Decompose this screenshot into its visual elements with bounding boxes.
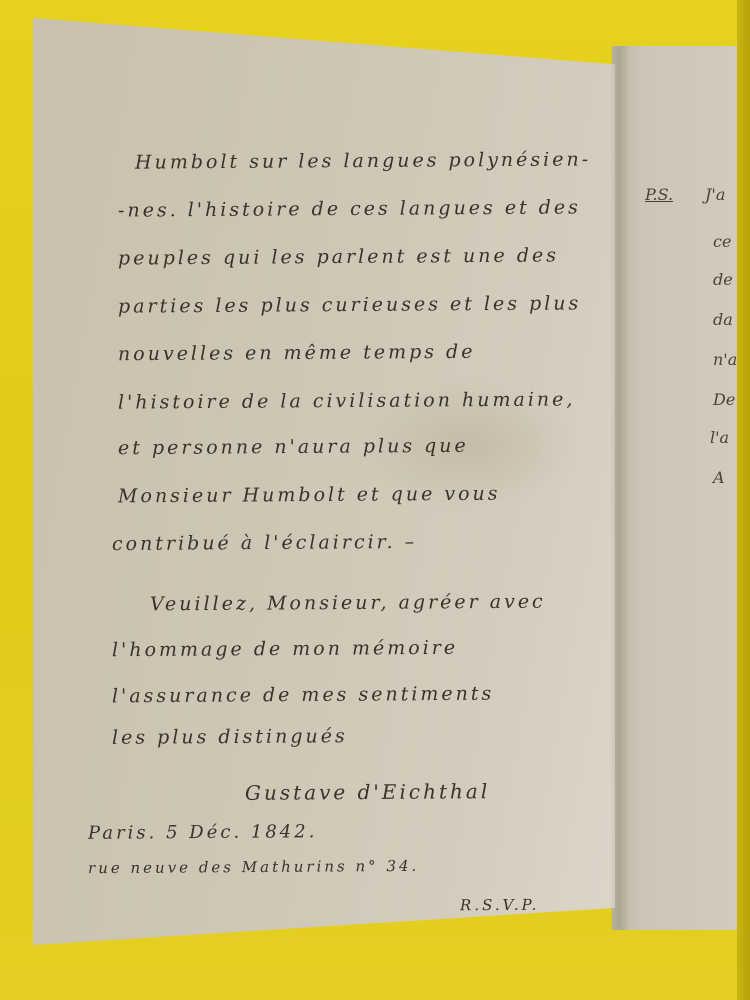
ps-fragment: de <box>713 270 733 289</box>
ps-fragment: ce <box>713 232 731 251</box>
letter-line: et personne n'aura plus que <box>118 435 469 459</box>
ps-label: P.S. <box>645 185 673 204</box>
closing-line: Veuillez, Monsieur, agréer avec <box>150 591 546 616</box>
rsvp: R.S.V.P. <box>460 896 539 915</box>
ps-fragment: n'a <box>713 350 737 369</box>
ps-fragment: A <box>713 468 725 487</box>
letter-line: parties les plus curieuses et les plus <box>118 292 581 317</box>
letter-line: peuples qui les parlent est une des <box>118 244 559 269</box>
background-edge <box>737 0 750 1000</box>
signature: Gustave d'Eichthal <box>245 779 490 805</box>
closing-line: les plus distingués <box>112 725 348 749</box>
letter-line: Humbolt sur les langues polynésien- <box>135 148 591 173</box>
ps-fragment: De <box>713 390 735 409</box>
ps-fragment: l'a <box>710 428 729 447</box>
closing-line: l'assurance de mes sentiments <box>112 683 494 708</box>
closing-line: l'hommage de mon mémoire <box>112 637 458 661</box>
right-page <box>612 46 737 930</box>
page-fold <box>610 46 628 930</box>
place-date: Paris. 5 Déc. 1842. <box>88 821 318 844</box>
letter-line: -nes. l'histoire de ces langues et des <box>118 196 581 221</box>
ps-fragment: da <box>713 310 733 329</box>
ps-fragment: J'a <box>705 185 725 204</box>
letter-line: nouvelles en même temps de <box>118 341 476 365</box>
address: rue neuve des Mathurins n° 34. <box>88 857 419 877</box>
letter-line: Monsieur Humbolt et que vous <box>118 483 501 508</box>
letter-line: contribué à l'éclaircir. – <box>112 531 417 555</box>
letter-line: l'histoire de la civilisation humaine, <box>118 388 576 413</box>
